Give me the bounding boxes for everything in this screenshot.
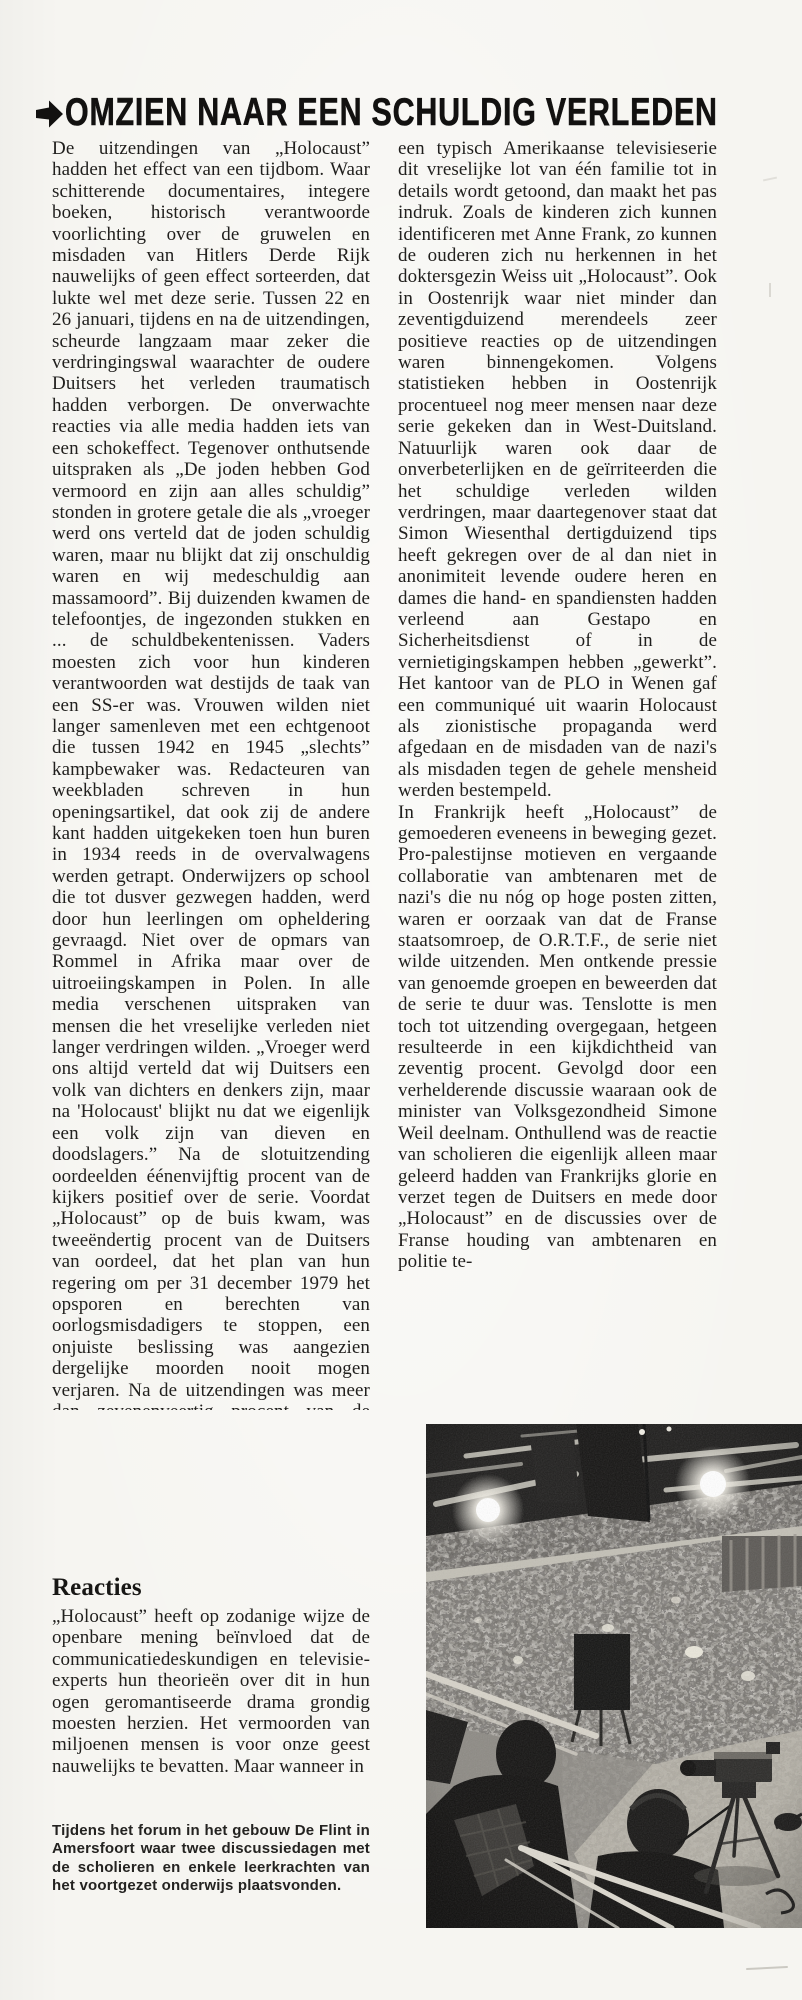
arrow-right-icon — [36, 100, 63, 128]
section-heading: Reacties — [52, 1575, 370, 1601]
body-paragraph: een typisch Amerikaanse televisieserie d… — [398, 138, 717, 802]
audience-hall-photo — [426, 1424, 802, 1928]
article-header: OMZIEN NAAR EEN SCHULDIG VERLEDEN — [36, 92, 802, 132]
body-paragraph: „Holocaust” heeft op zodanige wijze de o… — [52, 1606, 370, 1777]
magazine-page: OMZIEN NAAR EEN SCHULDIG VERLEDEN De uit… — [0, 0, 802, 2000]
reacties-section: Reacties „Holocaust” heeft op zodanige w… — [52, 1575, 370, 1777]
photo-caption: Tijdens het forum in het gebouw De Flint… — [52, 1822, 370, 1896]
audience-hall-photo-art — [426, 1424, 802, 1928]
right-column-text: een typisch Amerikaanse televisieserie d… — [398, 138, 717, 1273]
article-title: OMZIEN NAAR EEN SCHULDIG VERLEDEN — [65, 93, 718, 132]
body-paragraph: De uitzendingen van „Holocaust” hadden h… — [52, 138, 370, 1410]
left-column: De uitzendingen van „Holocaust” hadden h… — [52, 138, 370, 1928]
scan-artifact — [763, 177, 777, 182]
scan-artifact — [746, 1966, 788, 1970]
body-paragraph: In Frankrijk heeft „Holocaust” de gemoed… — [398, 802, 717, 1273]
scan-artifact — [769, 283, 771, 297]
